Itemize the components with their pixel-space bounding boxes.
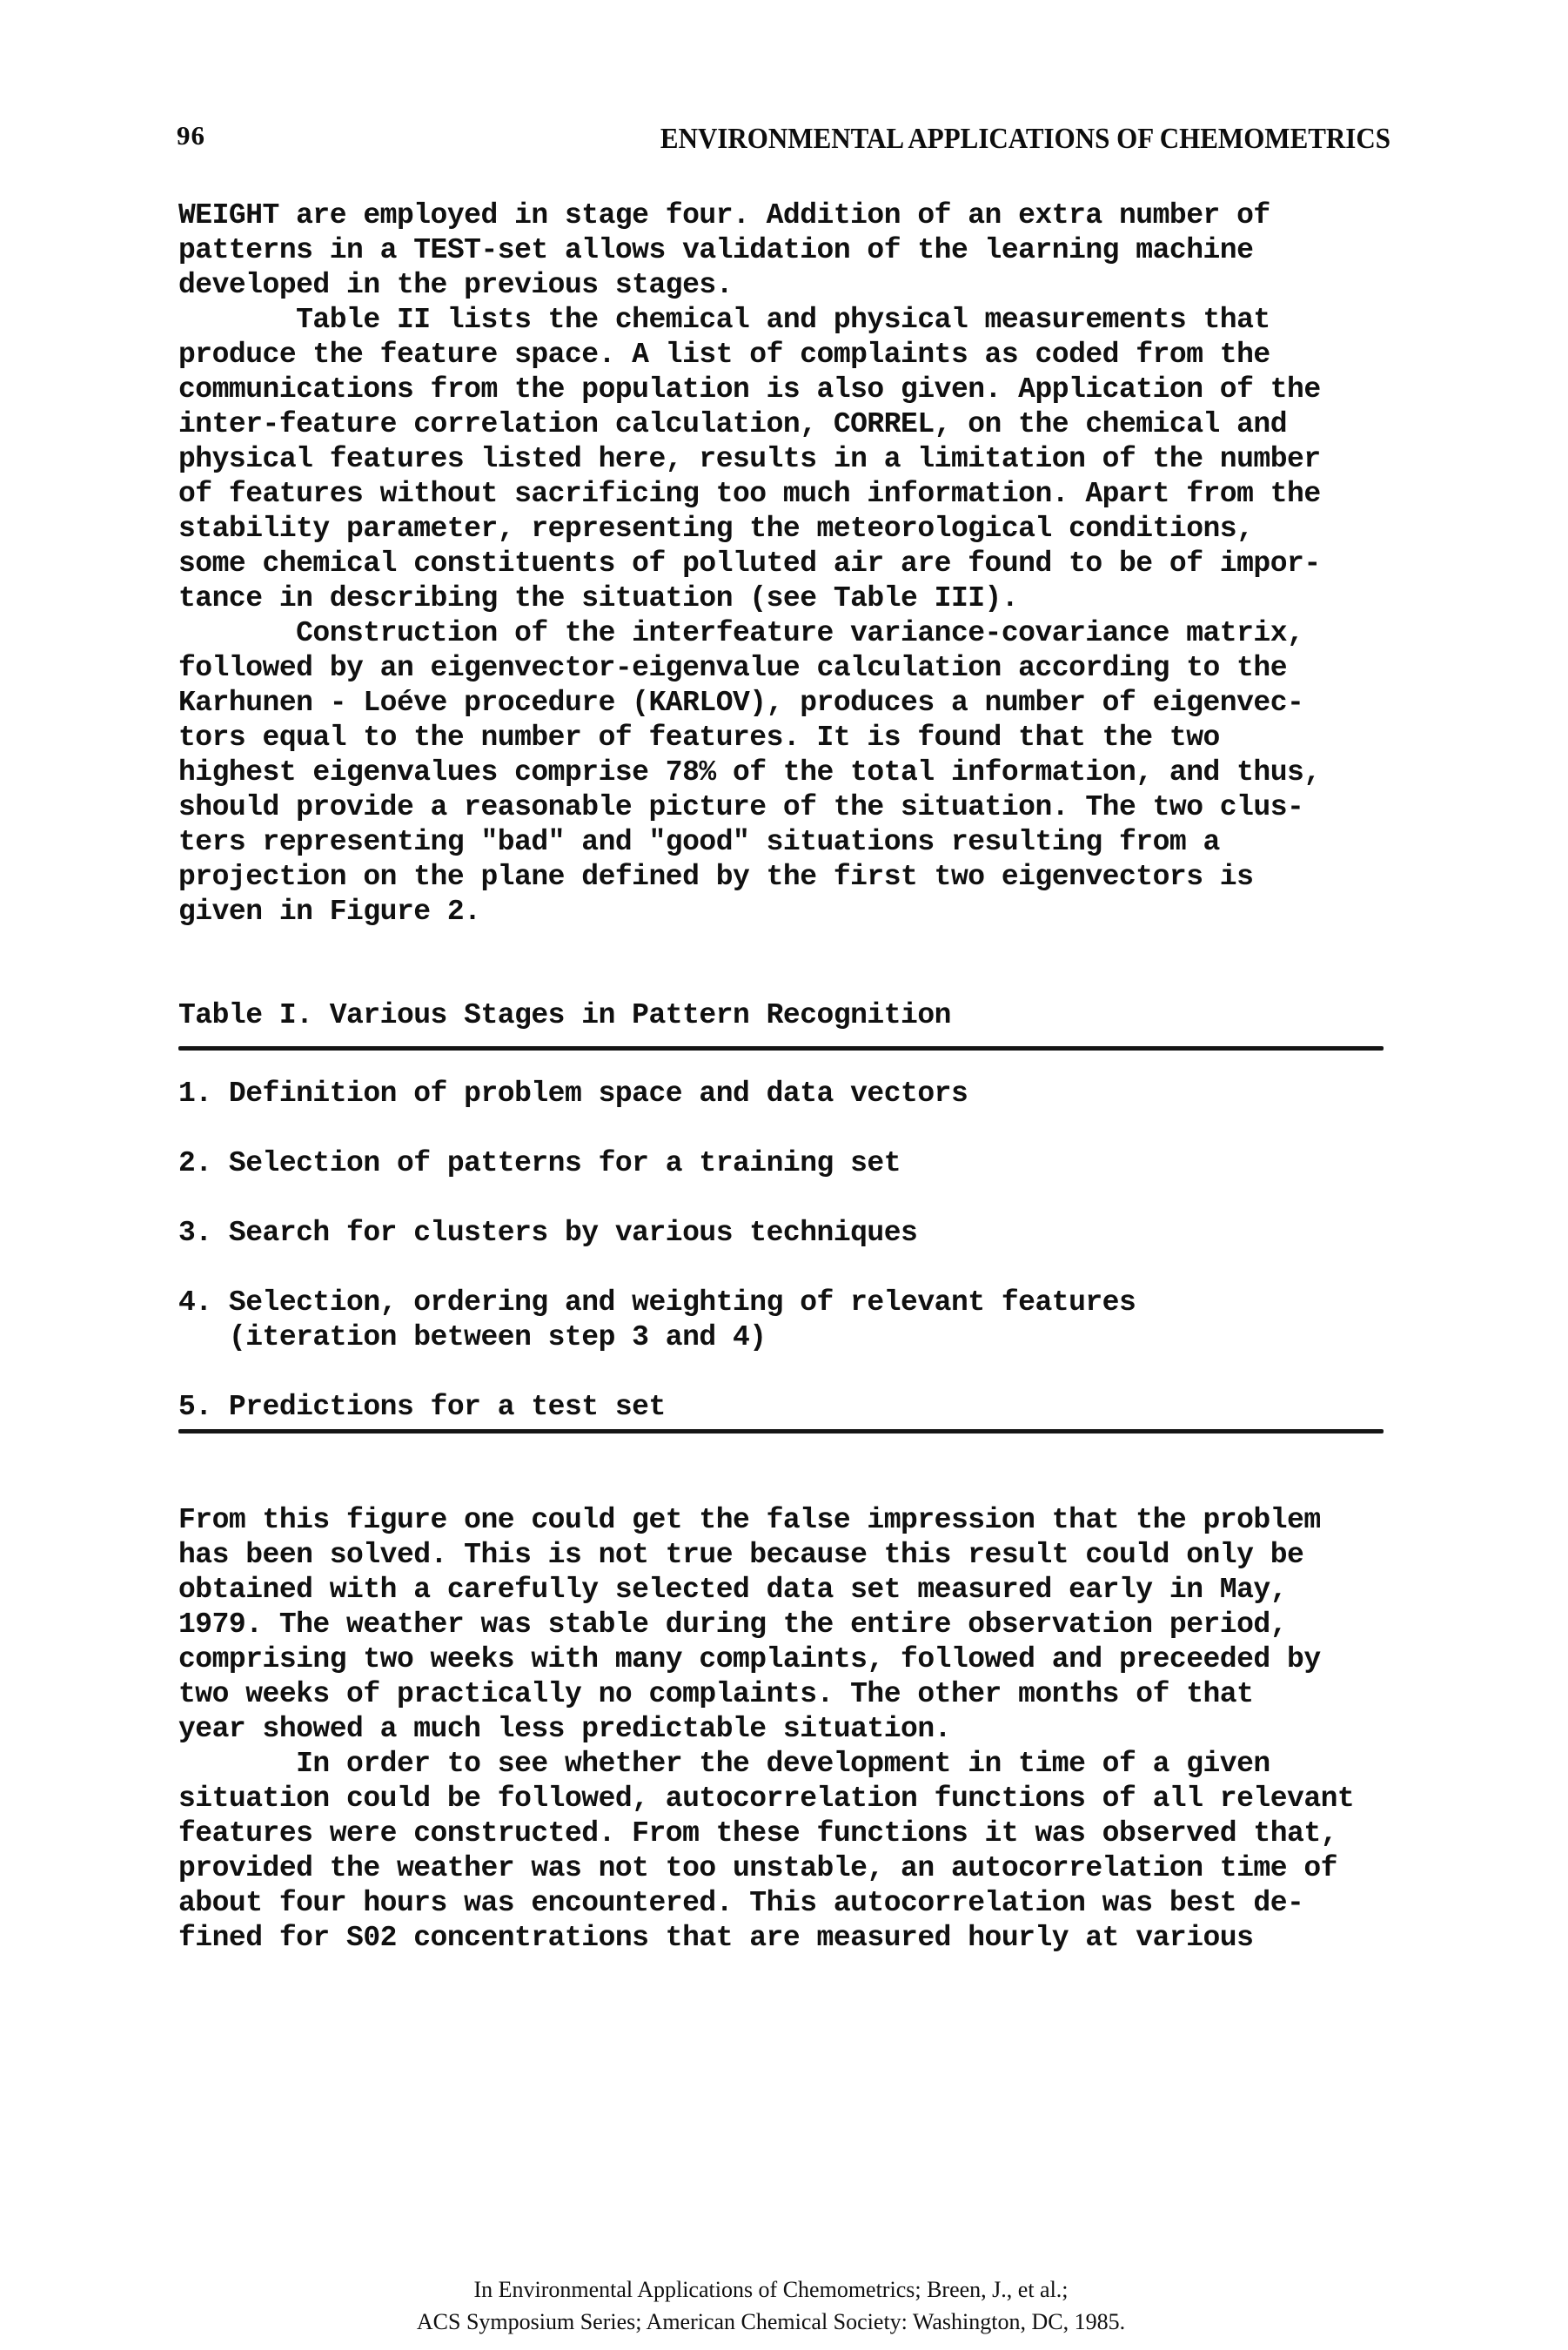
citation-line2: ACS Symposium Series; American Chemical … [0,2306,1542,2338]
stage5-underline [178,1429,1384,1433]
body-text-upper: WEIGHT are employed in stage four. Addit… [178,198,1321,930]
table1-heading: Table I. Various Stages in Pattern Recog… [178,999,951,1031]
running-title: ENVIRONMENTAL APPLICATIONS OF CHEMOMETRI… [660,122,1390,156]
table1-heading-underline [178,1046,1384,1051]
citation-footer: In Environmental Applications of Chemome… [0,2273,1542,2338]
table1-stages-list: 1. Definition of problem space and data … [178,1077,1136,1425]
scanned-page: 96 ENVIRONMENTAL APPLICATIONS OF CHEMOME… [0,0,1568,2350]
citation-line1: In Environmental Applications of Chemome… [0,2273,1542,2306]
page-number: 96 [177,120,205,151]
body-text-lower: From this figure one could get the false… [178,1503,1354,1956]
